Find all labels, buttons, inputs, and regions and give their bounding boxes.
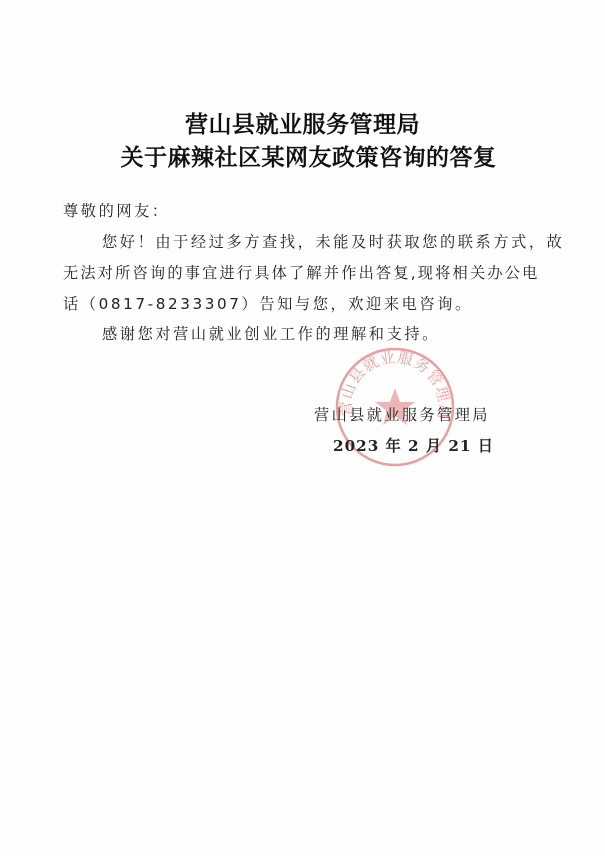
document-page: 营山县就业服务管理局 关于麻辣社区某网友政策咨询的答复 尊敬的网友： 您好！由于…: [0, 0, 605, 856]
paragraph-1-line-2: 无法对所咨询的事宜进行具体了解并作出答复,现将相关办公电: [63, 262, 540, 283]
paragraph-2: 感谢您对营山就业创业工作的理解和支持。: [102, 323, 440, 344]
title-line-2: 关于麻辣社区某网友政策咨询的答复: [6, 139, 605, 172]
signature-organization: 营山县就业服务管理局: [314, 404, 490, 425]
signature-date: 2023 年 2 月 21 日: [333, 435, 494, 456]
paragraph-1-line-3: 话（0817-8233307）告知与您，欢迎来电咨询。: [63, 293, 473, 314]
title-line-1: 营山县就业服务管理局: [0, 106, 605, 139]
salutation: 尊敬的网友：: [63, 200, 170, 221]
paragraph-1-line-1: 您好！由于经过多方查找，未能及时获取您的联系方式，故: [102, 231, 564, 252]
